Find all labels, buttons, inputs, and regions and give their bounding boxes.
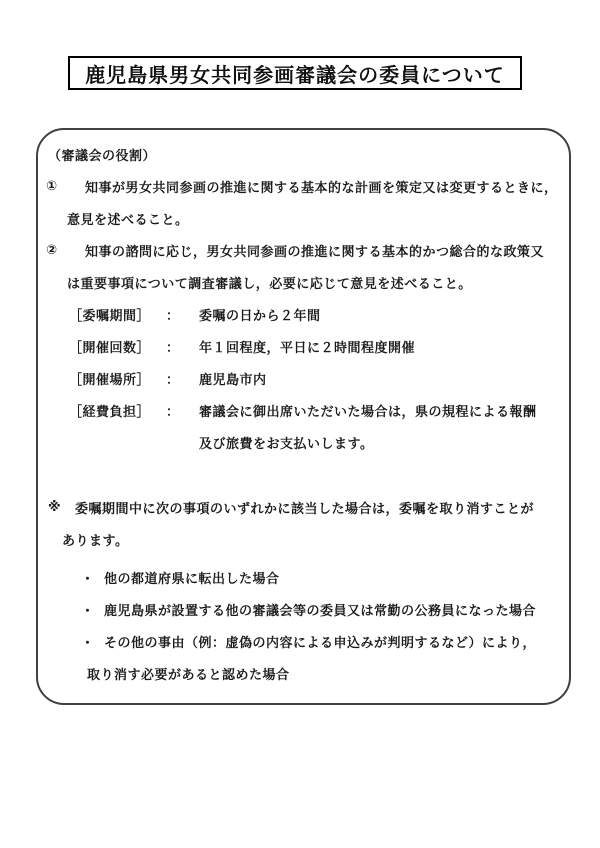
note-bullet-3-line-2: 取り消す必要があると認めた場合 — [38, 657, 569, 689]
detail-row-meeting-place: ［開催場所］ ： 鹿児島市内 — [38, 362, 569, 394]
detail-label: ［委嘱期間］ — [69, 305, 166, 324]
note-bullet-2-text: 鹿児島県が設置する他の審議会等の委員又は常勤の公務員になった場合 — [104, 600, 536, 619]
detail-colon: ： — [166, 337, 199, 356]
note-text: 委嘱期間中に次の事項のいずれかに該当した場合は，委嘱を取り消すことが — [75, 498, 534, 517]
reference-mark: ※ — [48, 500, 75, 515]
document-title-box: 鹿児島県男女共同参画審議会の委員について — [68, 56, 522, 90]
role-item-1-text: 知事が男女共同参画の推進に関する基本的な計画を策定又は変更するときに， — [85, 177, 558, 196]
document-page: 鹿児島県男女共同参画審議会の委員について （審議会の役割） ① 知事が男女共同参… — [0, 0, 600, 848]
detail-label: ［開催回数］ — [69, 337, 166, 356]
detail-colon: ： — [166, 401, 199, 420]
role-item-1-text-cont: 意見を述べること。 — [67, 209, 189, 228]
role-item-2-text-cont: は重要事項について調査審議し，必要に応じて意見を述べること。 — [67, 273, 472, 292]
circled-number-2: ② — [46, 243, 85, 258]
note-bullet-3-text-cont: 取り消す必要があると認めた場合 — [87, 664, 290, 683]
detail-value-cont: 及び旅費をお支払いします。 — [199, 433, 373, 452]
note-line-1: ※ 委嘱期間中に次の事項のいずれかに該当した場合は，委嘱を取り消すことが — [38, 491, 569, 523]
detail-value: 鹿児島市内 — [199, 369, 267, 388]
council-info-panel: （審議会の役割） ① 知事が男女共同参画の推進に関する基本的な計画を策定又は変更… — [36, 128, 571, 705]
note-bullet-2: ・ 鹿児島県が設置する他の審議会等の委員又は常勤の公務員になった場合 — [38, 593, 569, 625]
document-title: 鹿児島県男女共同参画審議会の委員について — [85, 59, 505, 88]
detail-colon: ： — [166, 369, 199, 388]
note-bullet-3-text: その他の事由（例：虚偽の内容による申込みが判明するなど）により， — [104, 632, 536, 651]
note-bullet-1-text: 他の都道府県に転出した場合 — [104, 568, 280, 587]
detail-row-meeting-frequency: ［開催回数］ ： 年１回程度，平日に２時間程度開催 — [38, 330, 569, 362]
detail-value: 委嘱の日から２年間 — [199, 305, 321, 324]
note-line-2: あります。 — [38, 523, 569, 555]
note-text-cont: あります。 — [62, 530, 128, 549]
detail-colon: ： — [166, 305, 199, 324]
detail-label: ［経費負担］ — [69, 401, 166, 420]
detail-row-commission-period: ［委嘱期間］ ： 委嘱の日から２年間 — [38, 298, 569, 330]
detail-row-expenses-line-2: 及び旅費をお支払いします。 — [38, 426, 569, 458]
role-item-2-line-1: ② 知事の諮問に応じ，男女共同参画の推進に関する基本的かつ総合的な政策又 — [38, 234, 569, 266]
note-bullet-1: ・ 他の都道府県に転出した場合 — [38, 561, 569, 593]
role-item-2-text: 知事の諮問に応じ，男女共同参画の推進に関する基本的かつ総合的な政策又 — [85, 241, 544, 260]
detail-row-expenses: ［経費負担］ ： 審議会に御出席いただいた場合は，県の規程による報酬 — [38, 394, 569, 426]
spacer — [38, 458, 569, 491]
bullet-icon: ・ — [81, 568, 104, 587]
note-bullet-3-line-1: ・ その他の事由（例：虚偽の内容による申込みが判明するなど）により， — [38, 625, 569, 657]
role-item-2-line-2: は重要事項について調査審議し，必要に応じて意見を述べること。 — [38, 266, 569, 298]
role-item-1-line-2: 意見を述べること。 — [38, 202, 569, 234]
bullet-icon: ・ — [81, 632, 104, 651]
role-item-1-line-1: ① 知事が男女共同参画の推進に関する基本的な計画を策定又は変更するときに， — [38, 170, 569, 202]
panel-heading: （審議会の役割） — [48, 145, 156, 164]
bullet-icon: ・ — [81, 600, 104, 619]
detail-label: ［開催場所］ — [69, 369, 166, 388]
detail-value: 審議会に御出席いただいた場合は，県の規程による報酬 — [199, 401, 537, 420]
circled-number-1: ① — [46, 179, 85, 194]
detail-value: 年１回程度，平日に２時間程度開催 — [199, 337, 415, 356]
panel-heading-line: （審議会の役割） — [38, 138, 569, 170]
